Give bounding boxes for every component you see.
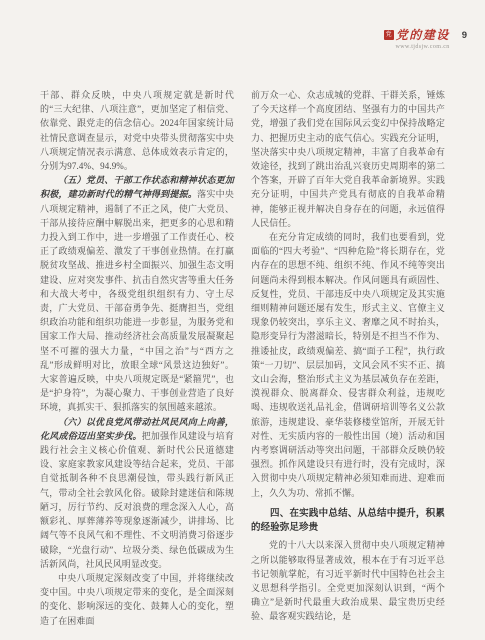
left-column: 干部、群众反映，中央八项规定就是新时代的“三大纪律、八项注意”，更加坚定了相信党… — [40, 88, 234, 628]
page-header: 党 党的建设 www.tjdsjw.com.cn 9 — [384, 26, 467, 50]
paragraph-problems-remaining: 在充分肯定成绩的同时，我们也要看到，党面临的“四大考验”、“四种危险”将长期存在… — [251, 230, 445, 500]
paragraph-self-revolution: 前万众一心、众志成城的党群、干群关系，锤炼了今天这样一个高度团结、坚强有力的中国… — [251, 88, 445, 230]
right-column: 前万众一心、众志成城的党群、干群关系，锤炼了今天这样一个高度团结、坚强有力的中国… — [251, 88, 445, 628]
section-four-heading: 四、在实践中总结、从总结中提升，积累的经验弥足珍贵 — [251, 507, 445, 535]
magazine-title: 党的建设 — [396, 26, 450, 43]
magazine-url: www.tjdsjw.com.cn — [384, 44, 450, 50]
article-body: 干部、群众反映，中央八项规定就是新时代的“三大纪律、八项注意”，更加坚定了相信党… — [40, 88, 445, 628]
section-six-body: 把加强作风建设与培育践行社会主义核心价值观、新时代公民道德建设、家庭家教家风建设… — [40, 431, 234, 569]
magazine-page: 党 党的建设 www.tjdsjw.com.cn 9 干部、群众反映，中央八项规… — [0, 0, 485, 640]
paragraph-section-five: （五）党员、干部工作状态和精神状态更加积极，建功新时代的精气神得到提振。落实中央… — [40, 173, 234, 414]
section-five-body: 落实中央八项规定精神，遏制了不正之风，使广大党员、干部从接待应酬中解脱出来，把更… — [40, 189, 234, 412]
page-number: 9 — [462, 30, 467, 41]
paragraph-experience: 党的十八大以来深入贯彻中央八项规定精神之所以能够取得显著成效，根本在于有习近平总… — [251, 538, 445, 623]
paragraph-changed-china: 中央八项规定深刻改变了中国，并将继续改变中国。中央八项规定带来的变化，是全面深刻… — [40, 571, 234, 628]
paragraph-survey-results: 干部、群众反映，中央八项规定就是新时代的“三大纪律、八项注意”，更加坚定了相信党… — [40, 88, 234, 173]
seal-icon: 党 — [384, 30, 394, 40]
paragraph-section-six: （六）以优良党风带动社风民风向上向善，化风成俗迈出坚实步伐。把加强作风建设与培育… — [40, 415, 234, 571]
magazine-logo: 党 党的建设 www.tjdsjw.com.cn — [384, 26, 450, 50]
logo-row: 党 党的建设 — [384, 26, 450, 43]
